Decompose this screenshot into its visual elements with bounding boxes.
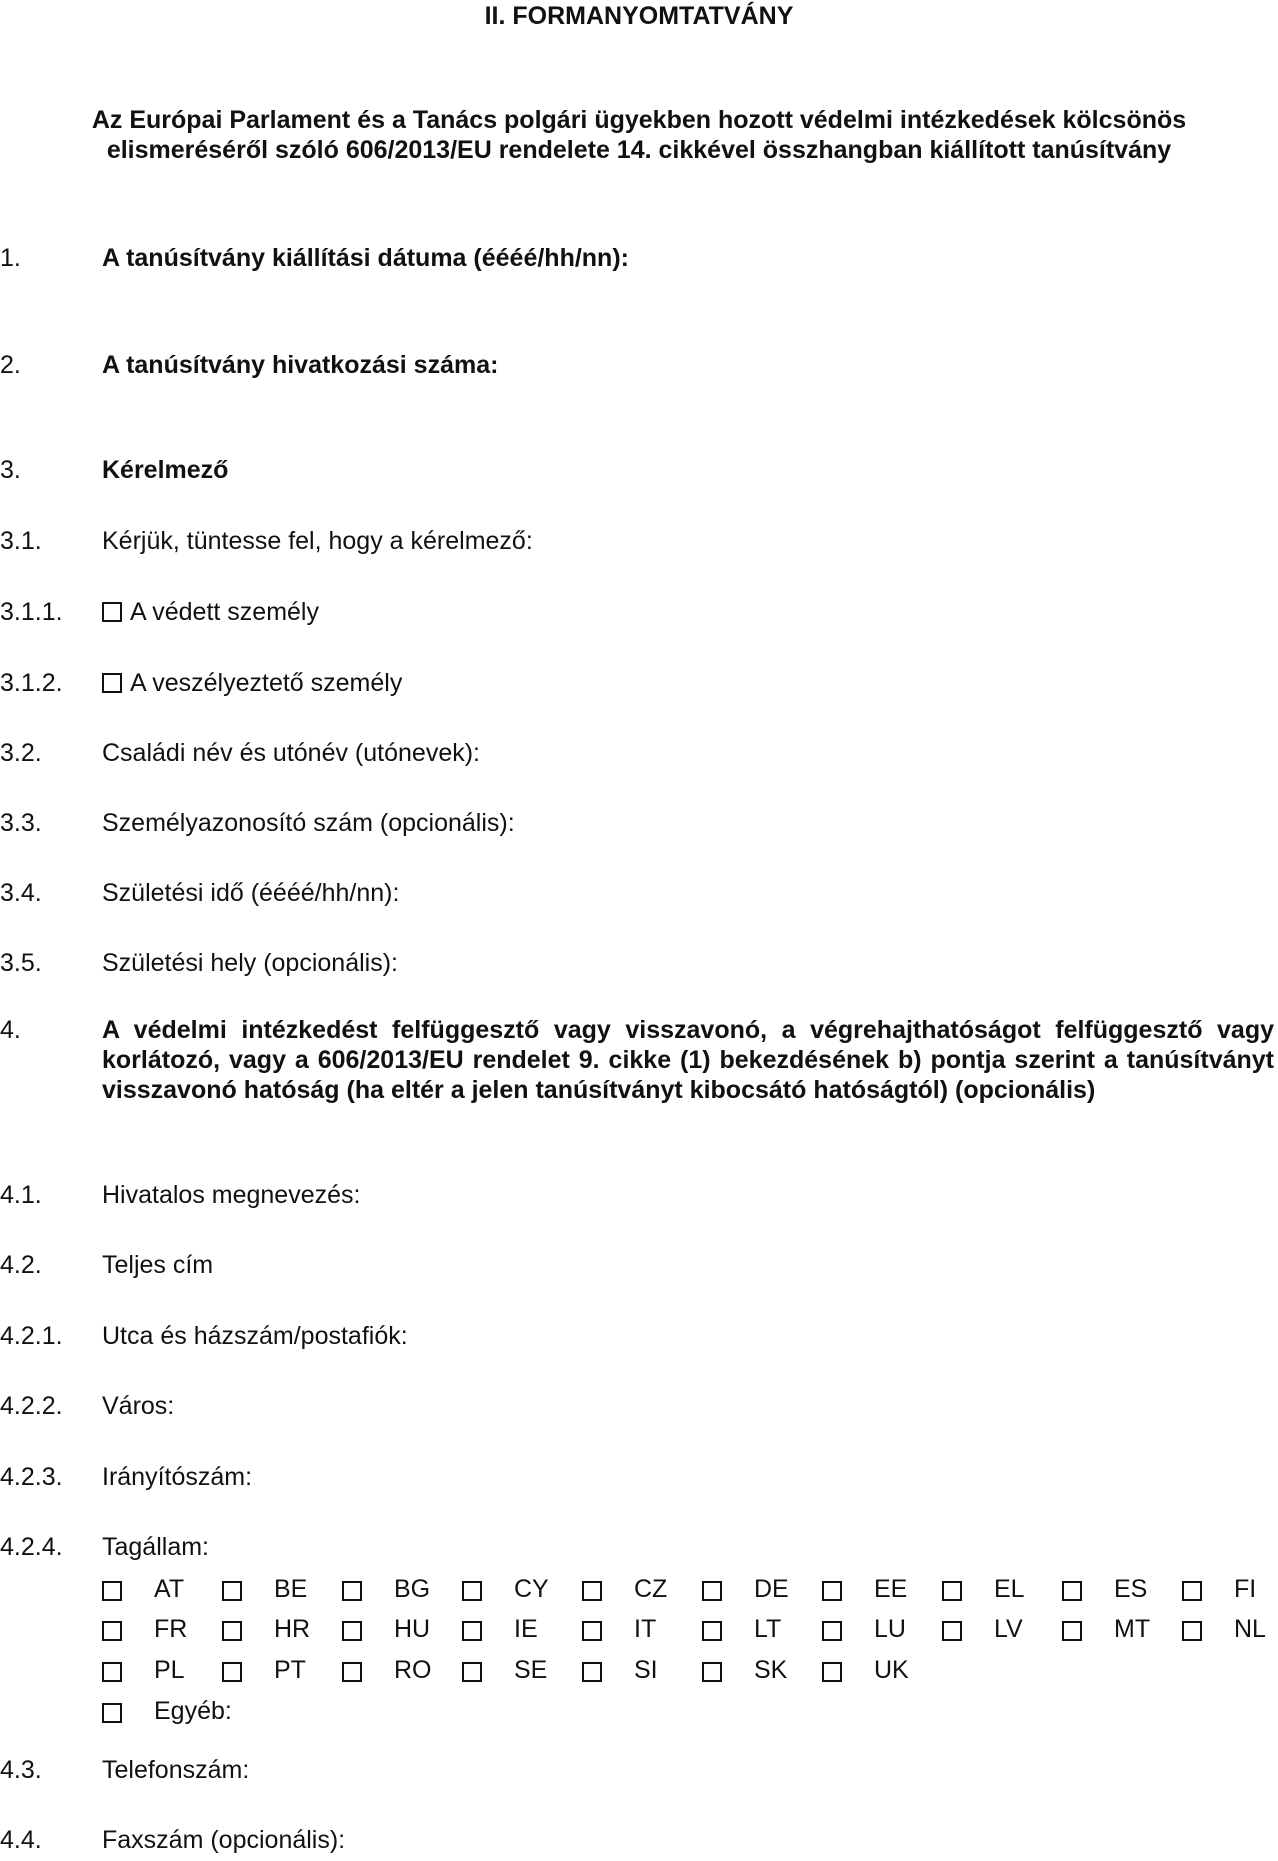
member-state-checkbox[interactable] [342, 1581, 362, 1601]
field-label: Utca és házszám/postafiók: [102, 1321, 408, 1351]
member-state-code: HR [274, 1612, 310, 1646]
item-number: 3.4. [0, 878, 42, 908]
member-state-checkbox[interactable] [222, 1581, 242, 1601]
field-label: Személyazonosító szám (opcionális): [102, 808, 515, 838]
member-state-checkbox[interactable] [102, 1662, 122, 1682]
member-state-checkbox[interactable] [1062, 1621, 1082, 1641]
field-label: A tanúsítvány kiállítási dátuma (éééé/hh… [102, 243, 629, 273]
member-state-option-cz[interactable]: CZ [582, 1572, 602, 1606]
member-state-code: LT [754, 1612, 781, 1646]
member-state-code: RO [394, 1653, 432, 1687]
member-state-option-lv[interactable]: LV [942, 1612, 962, 1646]
member-state-checkbox[interactable] [1062, 1581, 1082, 1601]
member-state-checkbox[interactable] [582, 1621, 602, 1641]
member-state-checkbox[interactable] [1182, 1621, 1202, 1641]
member-state-option-el[interactable]: EL [942, 1572, 962, 1606]
member-state-code: MT [1114, 1612, 1150, 1646]
member-state-option-it[interactable]: IT [582, 1612, 602, 1646]
member-state-option-uk[interactable]: UK [822, 1653, 842, 1687]
other-state-checkbox[interactable] [102, 1703, 122, 1723]
item-number: 4.2.2. [0, 1391, 63, 1421]
member-state-checkbox[interactable] [702, 1621, 722, 1641]
item-number: 3.2. [0, 738, 42, 768]
member-state-checkbox[interactable] [342, 1662, 362, 1682]
member-state-code: SE [514, 1653, 547, 1687]
item-number: 4.4. [0, 1825, 42, 1855]
member-state-checkbox[interactable] [102, 1621, 122, 1641]
member-state-option-lu[interactable]: LU [822, 1612, 842, 1646]
member-state-checkbox[interactable] [942, 1581, 962, 1601]
member-state-option-nl[interactable]: NL [1182, 1612, 1202, 1646]
field-label: Születési hely (opcionális): [102, 948, 398, 978]
member-state-code: SK [754, 1653, 787, 1687]
member-state-option-fr[interactable]: FR [102, 1612, 122, 1646]
member-state-option-hr[interactable]: HR [222, 1612, 242, 1646]
item-number: 4.2.4. [0, 1532, 63, 1562]
member-state-checkbox[interactable] [942, 1621, 962, 1641]
item-number: 3.1.1. [0, 597, 63, 627]
field-label: Kérjük, tüntesse fel, hogy a kérelmező: [102, 526, 533, 556]
member-state-checkbox[interactable] [582, 1662, 602, 1682]
member-state-option-es[interactable]: ES [1062, 1572, 1082, 1606]
other-state-label: Egyéb: [154, 1694, 232, 1728]
member-state-code: BG [394, 1572, 430, 1606]
item-number: 4.2.3. [0, 1462, 63, 1492]
member-state-code: EE [874, 1572, 907, 1606]
member-state-option-ee[interactable]: EE [822, 1572, 842, 1606]
section-authority-heading: A védelmi intézkedést felfüggesztő vagy … [102, 1015, 1274, 1105]
member-state-checkbox[interactable] [702, 1581, 722, 1601]
field-label: Telefonszám: [102, 1755, 249, 1785]
field-label: Irányítószám: [102, 1462, 252, 1492]
member-state-checkbox[interactable] [822, 1662, 842, 1682]
member-state-code: PT [274, 1653, 306, 1687]
member-state-option-si[interactable]: SI [582, 1653, 602, 1687]
option-label: A védett személy [130, 598, 319, 626]
member-state-code: BE [274, 1572, 307, 1606]
member-state-checkbox[interactable] [822, 1621, 842, 1641]
member-state-checkbox[interactable] [462, 1621, 482, 1641]
member-state-checkbox[interactable] [462, 1662, 482, 1682]
member-state-checkbox[interactable] [462, 1581, 482, 1601]
item-number: 2. [0, 350, 21, 380]
field-label: Családi név és utónév (utónevek): [102, 738, 480, 768]
item-number: 3. [0, 455, 21, 485]
member-state-code: ES [1114, 1572, 1147, 1606]
member-state-code: PL [154, 1653, 185, 1687]
member-state-checkbox[interactable] [342, 1621, 362, 1641]
item-number: 4.2. [0, 1250, 42, 1280]
member-state-checkbox[interactable] [222, 1662, 242, 1682]
field-label: A tanúsítvány hivatkozási száma: [102, 350, 498, 380]
form-subtitle: Az Európai Parlament és a Tanács polgári… [40, 105, 1238, 165]
member-state-option-sk[interactable]: SK [702, 1653, 722, 1687]
form-title: II. FORMANYOMTATVÁNY [0, 2, 1278, 31]
member-state-code: IT [634, 1612, 656, 1646]
person-causing-risk-checkbox[interactable] [102, 673, 122, 693]
field-label: Tagállam: [102, 1532, 209, 1562]
member-state-code: AT [154, 1572, 184, 1606]
item-number: 3.3. [0, 808, 42, 838]
member-state-option-pt[interactable]: PT [222, 1653, 242, 1687]
member-state-code: CY [514, 1572, 549, 1606]
item-number: 4.3. [0, 1755, 42, 1785]
member-state-option-ie[interactable]: IE [462, 1612, 482, 1646]
member-state-checkbox[interactable] [222, 1621, 242, 1641]
member-state-option-pl[interactable]: PL [102, 1653, 122, 1687]
protected-person-checkbox[interactable] [102, 602, 122, 622]
member-state-code: HU [394, 1612, 430, 1646]
member-state-option-lt[interactable]: LT [702, 1612, 722, 1646]
field-label: Város: [102, 1391, 174, 1421]
member-state-code: SI [634, 1653, 658, 1687]
item-number: 3.1.2. [0, 668, 63, 698]
section-heading: Kérelmező [102, 455, 228, 485]
member-state-code: LV [994, 1612, 1023, 1646]
field-label: Hivatalos megnevezés: [102, 1180, 360, 1210]
member-state-option-hu[interactable]: HU [342, 1612, 362, 1646]
item-number: 4. [0, 1015, 21, 1045]
member-state-code: FR [154, 1612, 187, 1646]
field-label: Születési idő (éééé/hh/nn): [102, 878, 399, 908]
member-state-option-bg[interactable]: BG [342, 1572, 362, 1606]
member-state-code: LU [874, 1612, 906, 1646]
member-state-checkbox[interactable] [582, 1581, 602, 1601]
member-state-code: FI [1234, 1572, 1256, 1606]
member-state-option-at[interactable]: AT [102, 1572, 122, 1606]
member-state-option-fi[interactable]: FI [1182, 1572, 1202, 1606]
member-state-checkbox[interactable] [1182, 1581, 1202, 1601]
member-state-option-ro[interactable]: RO [342, 1653, 362, 1687]
member-state-checkbox[interactable] [702, 1662, 722, 1682]
item-number: 3.5. [0, 948, 42, 978]
member-state-code: NL [1234, 1612, 1266, 1646]
member-state-code: EL [994, 1572, 1025, 1606]
member-state-option-be[interactable]: BE [222, 1572, 242, 1606]
member-state-checkbox[interactable] [102, 1581, 122, 1601]
field-label: Faxszám (opcionális): [102, 1825, 345, 1855]
field-label: Teljes cím [102, 1250, 213, 1280]
member-state-option-de[interactable]: DE [702, 1572, 722, 1606]
item-number: 4.1. [0, 1180, 42, 1210]
item-number: 4.2.1. [0, 1321, 63, 1351]
member-state-checkbox[interactable] [822, 1581, 842, 1601]
member-state-option-mt[interactable]: MT [1062, 1612, 1082, 1646]
member-state-code: CZ [634, 1572, 667, 1606]
item-number: 1. [0, 243, 21, 273]
member-state-code: IE [514, 1612, 538, 1646]
item-number: 3.1. [0, 526, 42, 556]
member-state-code: DE [754, 1572, 789, 1606]
member-state-option-cy[interactable]: CY [462, 1572, 482, 1606]
member-state-option-se[interactable]: SE [462, 1653, 482, 1687]
member-state-code: UK [874, 1653, 909, 1687]
option-label: A veszélyeztető személy [130, 669, 402, 697]
